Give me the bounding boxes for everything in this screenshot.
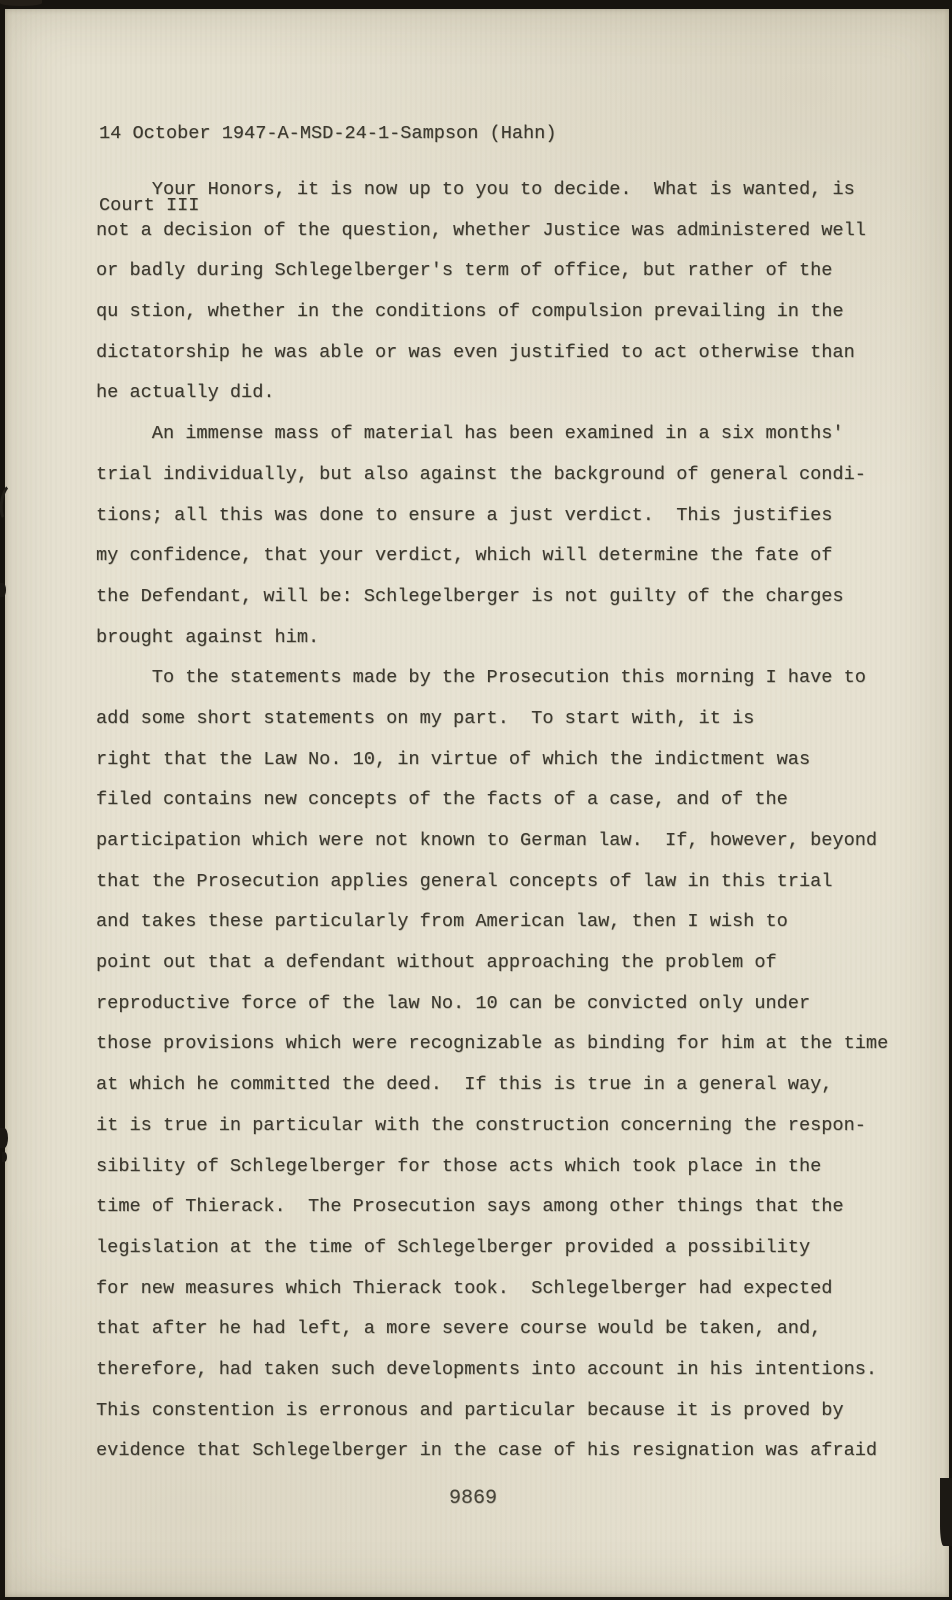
page-number: 9869 [449,1484,497,1514]
text-line: add some short statements on my part. To… [96,699,888,740]
text-line: and takes these particularly from Americ… [96,902,888,943]
text-line: dictatorship he was able or was even jus… [96,333,888,374]
scan-edge-artifact [940,1478,952,1546]
text-line: legislation at the time of Schlegelberge… [96,1228,888,1269]
text-line: my confidence, that your verdict, which … [96,536,888,577]
scan-artifact [0,1128,8,1148]
document-body-text: Your Honors, it is now up to you to deci… [96,170,888,1472]
text-line: reproductive force of the law No. 10 can… [96,984,888,1025]
text-line: tions; all this was done to ensure a jus… [96,496,888,537]
text-line: those provisions which were recognizable… [96,1024,888,1065]
text-line: qu stion, whether in the conditions of c… [96,292,888,333]
text-line: trial individually, but also against the… [96,455,888,496]
text-line: To the statements made by the Prosecutio… [96,658,888,699]
text-line: or badly during Schlegelberger's term of… [96,251,888,292]
scan-artifact [0,583,6,597]
header-docket-line: 14 October 1947-A-MSD-24-1-Sampson (Hahn… [99,122,556,146]
text-line: right that the Law No. 10, in virtue of … [96,740,888,781]
text-line: Your Honors, it is now up to you to deci… [96,170,888,211]
pen-mark-artifact [0,482,23,524]
text-line: This constention is erronous and particu… [96,1391,888,1432]
text-line: at which he committed the deed. If this … [96,1065,888,1106]
text-line: An immense mass of material has been exa… [96,414,888,455]
text-line: that the Prosecution applies general con… [96,862,888,903]
text-line: the Defendant, will be: Schlegelberger i… [96,577,888,618]
scanned-document-page: 14 October 1947-A-MSD-24-1-Sampson (Hahn… [0,0,952,1600]
text-line: point out that a defendant without appro… [96,943,888,984]
text-line: participation which were not known to Ge… [96,821,888,862]
text-line: it is true in particular with the constr… [96,1106,888,1147]
text-line: filed contains new concepts of the facts… [96,780,888,821]
text-line: brought against him. [96,618,888,659]
text-line: evidence that Schlegelberger in the case… [96,1431,888,1472]
text-line: not a decision of the question, whether … [96,211,888,252]
text-line: therefore, had taken such developments i… [96,1350,888,1391]
text-line: he actually did. [96,373,888,414]
text-line: for new measures which Thierack took. Sc… [96,1269,888,1310]
scan-artifact [2,1152,7,1162]
scan-edge-artifact [0,0,42,6]
text-line: that after he had left, a more severe co… [96,1309,888,1350]
text-line: time of Thierack. The Prosecution says a… [96,1187,888,1228]
text-line: sibility of Schlegelberger for those act… [96,1147,888,1188]
